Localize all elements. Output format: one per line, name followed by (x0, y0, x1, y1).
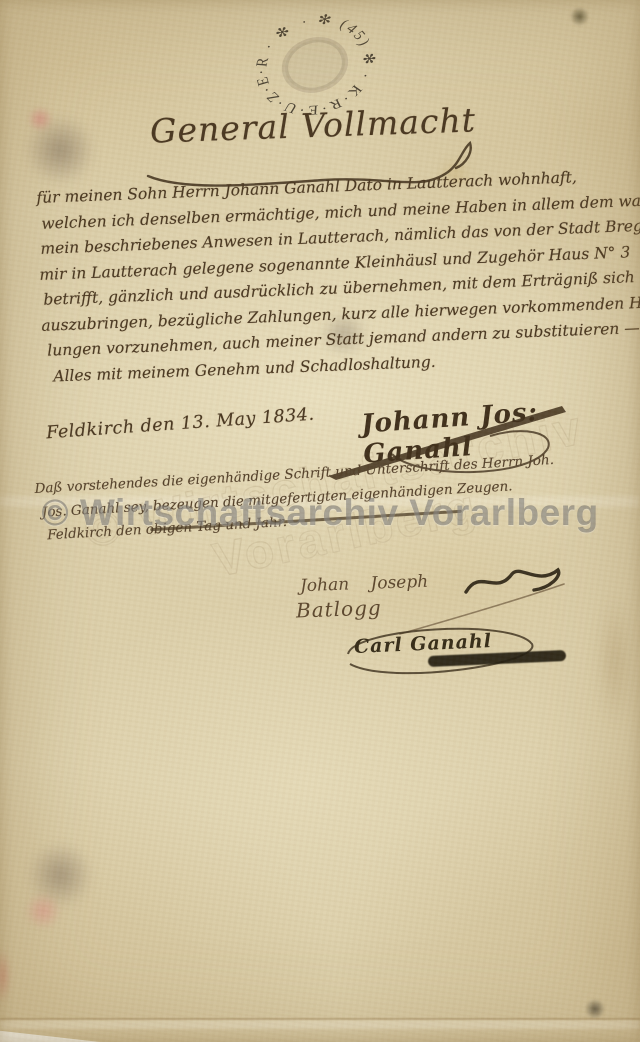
stain-spot-bottom-right (585, 999, 605, 1019)
document-scan: © Wirtschaftsarchiv Vorarlberg · ✻ (45) … (0, 0, 640, 1042)
stain-pink-top-left (27, 106, 53, 132)
watermark-overlay: © Wirtschaftsarchiv Vorarlberg (0, 492, 640, 534)
date-line: Feldkirch den 13. May 1834. (46, 405, 315, 444)
stain-spot-top-right (570, 7, 589, 26)
paper-fold-highlight-bottom (0, 1020, 640, 1029)
stain-streak-right (598, 596, 632, 726)
stain-red-left-edge (0, 948, 11, 1004)
stain-blot-top-left (24, 116, 96, 184)
stain-blot-bottom-left (26, 843, 94, 907)
body-paragraph: für meinen Sohn Herrn Johann Ganahl Dato… (36, 164, 629, 390)
stain-pink-bottom-left (24, 893, 62, 929)
